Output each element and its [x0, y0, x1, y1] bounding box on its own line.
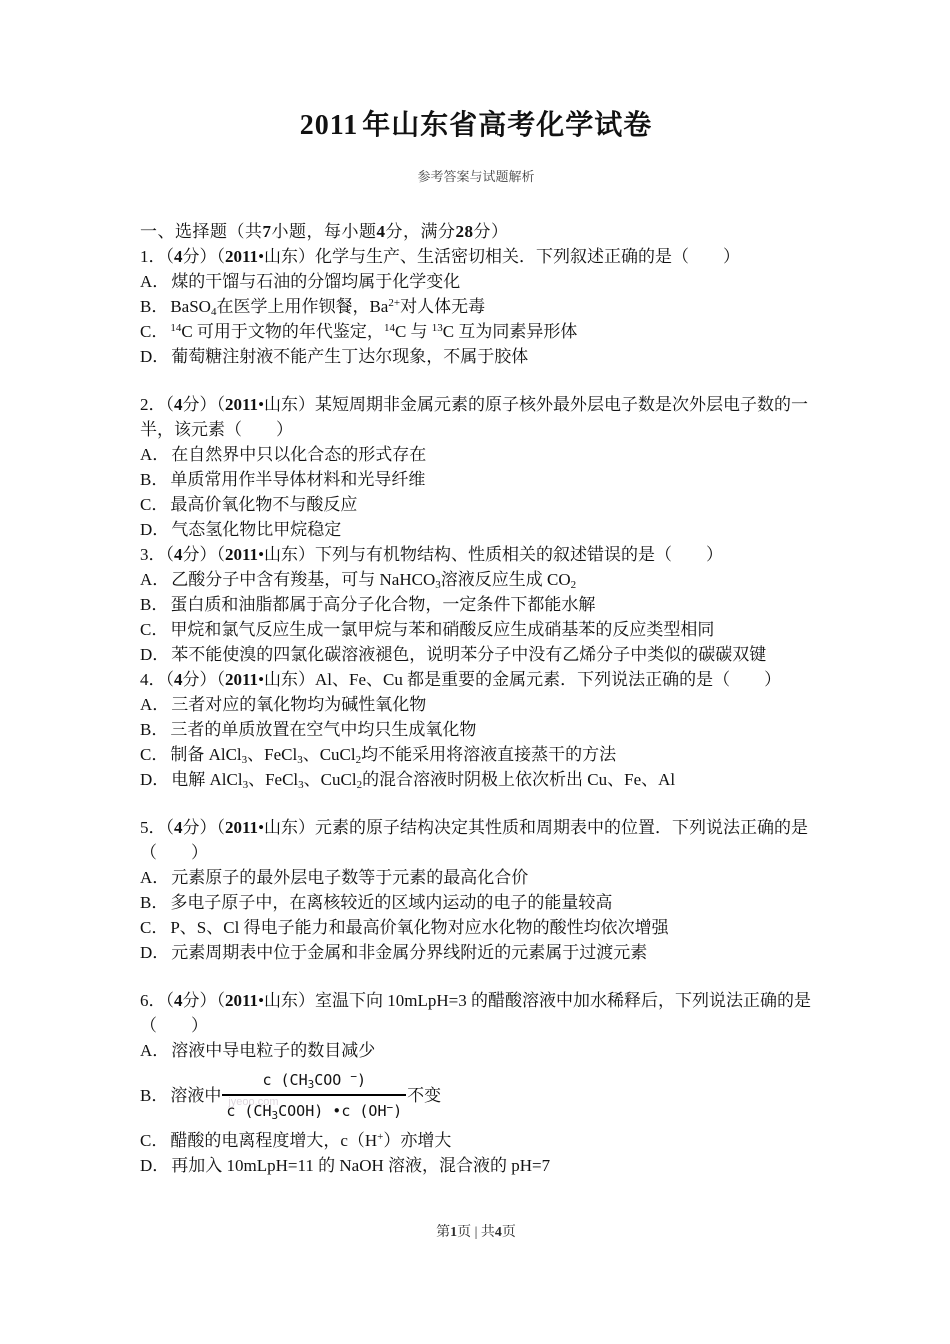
option-list: A．煤的干馏与石油的分馏均属于化学变化 B．BaSO4在医学上用作钡餐，Ba2+… [140, 269, 812, 369]
option-label: C． [140, 1131, 168, 1150]
option-text: 溶液中导电粒子的数目减少 [171, 1041, 375, 1060]
option-row: D．气态氢化物比甲烷稳定 [140, 517, 812, 542]
option-label: A． [140, 695, 169, 714]
section-header: 一、选择题（共7小题，每小题4分，满分28分） [140, 219, 812, 244]
option-label: B． [140, 595, 168, 614]
option-label: C． [140, 745, 168, 764]
option-text: 制备 AlCl3、FeCl3、CuCl2均不能采用将溶液直接蒸干的方法 [170, 745, 616, 764]
option-text: 再加入 10mLpH=11 的 NaOH 溶液，混合液的 pH=7 [171, 1156, 550, 1175]
option-row: B．三者的单质放置在空气中均只生成氧化物 [140, 717, 812, 742]
fraction-denominator: c (CH3COOH) •c (OH−) [222, 1094, 406, 1122]
option-row: C．甲烷和氯气反应生成一氯甲烷与苯和硝酸反应生成硝基苯的反应类型相同 [140, 617, 812, 642]
option-text: 气态氢化物比甲烷稳定 [171, 520, 341, 539]
question-block: 2．（4分）（2011•山东）某短周期非金属元素的原子核外最外层电子数是次外层电… [140, 392, 812, 542]
option-row: C．14C 可用于文物的年代鉴定，14C 与 13C 互为同素异形体 [140, 319, 812, 344]
option-text: 14C 可用于文物的年代鉴定，14C 与 13C 互为同素异形体 [170, 322, 577, 341]
option-row: D．苯不能使溴的四氯化碳溶液褪色，说明苯分子中没有乙烯分子中类似的碳碳双键 [140, 642, 812, 667]
exam-page: 2011年山东省高考化学试卷 参考答案与试题解析 一、选择题（共7小题，每小题4… [0, 0, 950, 1242]
option-row: B．蛋白质和油脂都属于高分子化合物，一定条件下都能水解 [140, 592, 812, 617]
option-row: A．溶液中导电粒子的数目减少 [140, 1038, 812, 1063]
option-text: 葡萄糖注射液不能产生丁达尔现象，不属于胶体 [171, 347, 528, 366]
option-label: D． [140, 347, 169, 366]
option-row: D．再加入 10mLpH=11 的 NaOH 溶液，混合液的 pH=7 [140, 1153, 812, 1178]
question-header: 4．（4分）（2011•山东）Al、Fe、Cu 都是重要的金属元素．下列说法正确… [140, 667, 812, 692]
option-row: D．元素周期表中位于金属和非金属分界线附近的元素属于过渡元素 [140, 940, 812, 965]
option-label: D． [140, 770, 169, 789]
question-header: 3．（4分）（2011•山东）下列与有机物结构、性质相关的叙述错误的是（ ） [140, 542, 812, 567]
question-header: 1．（4分）（2011•山东）化学与生产、生活密切相关．下列叙述正确的是（ ） [140, 244, 812, 269]
option-row: B．BaSO4在医学上用作钡餐，Ba2+对人体无毒 [140, 294, 812, 319]
option-label: C． [140, 918, 168, 937]
option-row: C．P、S、Cl 得电子能力和最高价氧化物对应水化物的酸性均依次增强 [140, 915, 812, 940]
question-list: 1．（4分）（2011•山东）化学与生产、生活密切相关．下列叙述正确的是（ ） … [140, 244, 812, 1178]
option-text: 多电子原子中，在离核较近的区域内运动的电子的能量较高 [170, 893, 612, 912]
option-text: 元素周期表中位于金属和非金属分界线附近的元素属于过渡元素 [171, 943, 647, 962]
option-list: A．乙酸分子中含有羧基，可与 NaHCO3溶液反应生成 CO2 B．蛋白质和油脂… [140, 567, 812, 667]
option-list: A．在自然界中只以化合态的形式存在 B．单质常用作半导体材料和光导纤维 C．最高… [140, 442, 812, 542]
option-row: D．电解 AlCl3、FeCl3、CuCl2的混合溶液时阴极上依次析出 Cu、F… [140, 767, 812, 792]
option-text: 甲烷和氯气反应生成一氯甲烷与苯和硝酸反应生成硝基苯的反应类型相同 [170, 620, 714, 639]
option-text: 单质常用作半导体材料和光导纤维 [170, 470, 425, 489]
page-title: 2011年山东省高考化学试卷 [140, 108, 812, 144]
option-label: A． [140, 445, 169, 464]
option-row-fraction: B．溶液中 c (CH3COO −) c (CH3COOH) •c (OH−) … [140, 1069, 812, 1122]
fraction-suffix: 不变 [407, 1083, 441, 1108]
page-subtitle: 参考答案与试题解析 [140, 168, 812, 185]
option-row: A．乙酸分子中含有羧基，可与 NaHCO3溶液反应生成 CO2 [140, 567, 812, 592]
question-block: 4．（4分）（2011•山东）Al、Fe、Cu 都是重要的金属元素．下列说法正确… [140, 667, 812, 792]
option-label: B． [140, 470, 168, 489]
question-block: 1．（4分）（2011•山东）化学与生产、生活密切相关．下列叙述正确的是（ ） … [140, 244, 812, 369]
question-header: 6．（4分）（2011•山东）室温下向 10mLpH=3 的醋酸溶液中加水稀释后… [140, 988, 812, 1038]
option-row: A．在自然界中只以化合态的形式存在 [140, 442, 812, 467]
option-row: B．单质常用作半导体材料和光导纤维 [140, 467, 812, 492]
option-row: A．元素原子的最外层电子数等于元素的最高化合价 [140, 865, 812, 890]
question-block: 6．（4分）（2011•山东）室温下向 10mLpH=3 的醋酸溶液中加水稀释后… [140, 988, 812, 1178]
option-text: 苯不能使溴的四氯化碳溶液褪色，说明苯分子中没有乙烯分子中类似的碳碳双键 [171, 645, 766, 664]
option-row: C．最高价氧化物不与酸反应 [140, 492, 812, 517]
option-row: B．多电子原子中，在离核较近的区域内运动的电子的能量较高 [140, 890, 812, 915]
question-block: 3．（4分）（2011•山东）下列与有机物结构、性质相关的叙述错误的是（ ） A… [140, 542, 812, 667]
option-row: C．醋酸的电离程度增大，c（H+）亦增大 [140, 1128, 812, 1153]
option-label: B． [140, 297, 168, 316]
question-header: 5．（4分）（2011•山东）元素的原子结构决定其性质和周期表中的位置．下列说法… [140, 815, 812, 865]
option-text: P、S、Cl 得电子能力和最高价氧化物对应水化物的酸性均依次增强 [170, 918, 668, 937]
option-text: 在自然界中只以化合态的形式存在 [171, 445, 426, 464]
option-text: 电解 AlCl3、FeCl3、CuCl2的混合溶液时阴极上依次析出 Cu、Fe、… [171, 770, 675, 789]
option-label: A． [140, 868, 169, 887]
option-label: D． [140, 943, 169, 962]
option-row: A．煤的干馏与石油的分馏均属于化学变化 [140, 269, 812, 294]
option-row: D．葡萄糖注射液不能产生丁达尔现象，不属于胶体 [140, 344, 812, 369]
option-text: 最高价氧化物不与酸反应 [170, 495, 357, 514]
option-label: C． [140, 322, 168, 341]
option-label: A． [140, 570, 169, 589]
page-footer: 第1页 | 共4页 [140, 1224, 812, 1242]
option-label: D． [140, 1156, 169, 1175]
option-text: 乙酸分子中含有羧基，可与 NaHCO3溶液反应生成 CO2 [171, 570, 576, 589]
option-label: A． [140, 272, 169, 291]
option-row: C．制备 AlCl3、FeCl3、CuCl2均不能采用将溶液直接蒸干的方法 [140, 742, 812, 767]
fraction-prefix: 溶液中 [170, 1083, 221, 1108]
title-year: 2011 [300, 110, 358, 141]
option-label: C． [140, 495, 168, 514]
option-list: A．溶液中导电粒子的数目减少 B．溶液中 c (CH3COO −) c (CH3… [140, 1038, 812, 1178]
option-list: A．元素原子的最外层电子数等于元素的最高化合价 B．多电子原子中，在离核较近的区… [140, 865, 812, 965]
fraction-numerator: c (CH3COO −) [222, 1069, 406, 1094]
option-text: 三者对应的氧化物均为碱性氧化物 [171, 695, 426, 714]
question-header: 2．（4分）（2011•山东）某短周期非金属元素的原子核外最外层电子数是次外层电… [140, 392, 812, 442]
fraction-expression: c (CH3COO −) c (CH3COOH) •c (OH−) jyeoo.… [222, 1069, 406, 1122]
option-text: BaSO4在医学上用作钡餐，Ba2+对人体无毒 [170, 297, 485, 316]
option-label: D． [140, 520, 169, 539]
option-text: 醋酸的电离程度增大，c（H+）亦增大 [170, 1131, 451, 1150]
option-text: 蛋白质和油脂都属于高分子化合物，一定条件下都能水解 [170, 595, 595, 614]
option-text: 三者的单质放置在空气中均只生成氧化物 [170, 720, 476, 739]
option-label: C． [140, 620, 168, 639]
option-text: 元素原子的最外层电子数等于元素的最高化合价 [171, 868, 528, 887]
title-text: 年山东省高考化学试卷 [362, 110, 652, 141]
option-label: B． [140, 893, 168, 912]
option-label: A． [140, 1041, 169, 1060]
option-row: A．三者对应的氧化物均为碱性氧化物 [140, 692, 812, 717]
option-label: B． [140, 1083, 168, 1108]
option-text: 煤的干馏与石油的分馏均属于化学变化 [171, 272, 460, 291]
question-block: 5．（4分）（2011•山东）元素的原子结构决定其性质和周期表中的位置．下列说法… [140, 815, 812, 965]
option-label: B． [140, 720, 168, 739]
option-label: D． [140, 645, 169, 664]
option-list: A．三者对应的氧化物均为碱性氧化物 B．三者的单质放置在空气中均只生成氧化物 C… [140, 692, 812, 792]
